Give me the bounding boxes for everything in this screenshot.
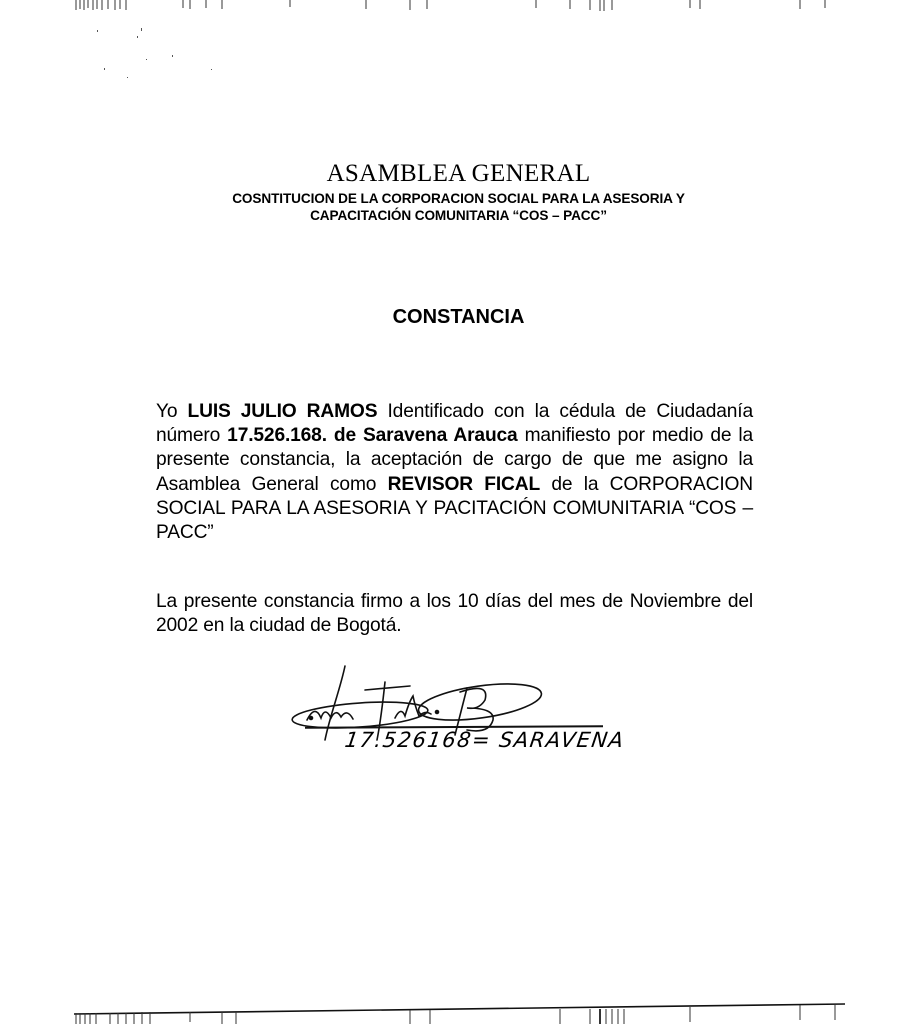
subheading-line-1: COSNTITUCION DE LA CORPORACION SOCIAL PA… xyxy=(0,190,917,207)
signing-paragraph: La presente constancia firmo a los 10 dí… xyxy=(156,590,753,638)
role-title: REVISOR FICAL xyxy=(388,474,540,495)
person-name: LUIS JULIO RAMOS xyxy=(188,401,378,422)
scan-artifact-bottom xyxy=(0,1000,917,1024)
acceptance-paragraph: Yo LUIS JULIO RAMOS Identificado con la … xyxy=(156,400,753,545)
assembly-subheading: COSNTITUCION DE LA CORPORACION SOCIAL PA… xyxy=(0,190,917,224)
subheading-line-2: CAPACITACIÓN COMUNITARIA “COS – PACC” xyxy=(0,207,917,224)
scan-specks xyxy=(0,0,300,100)
handwritten-id: 17.526168= SARAVENA xyxy=(343,728,626,752)
assembly-heading: ASAMBLEA GENERAL xyxy=(0,160,917,188)
document-title: CONSTANCIA xyxy=(0,306,917,329)
id-number: 17.526.168. de Saravena Arauca xyxy=(227,425,517,446)
